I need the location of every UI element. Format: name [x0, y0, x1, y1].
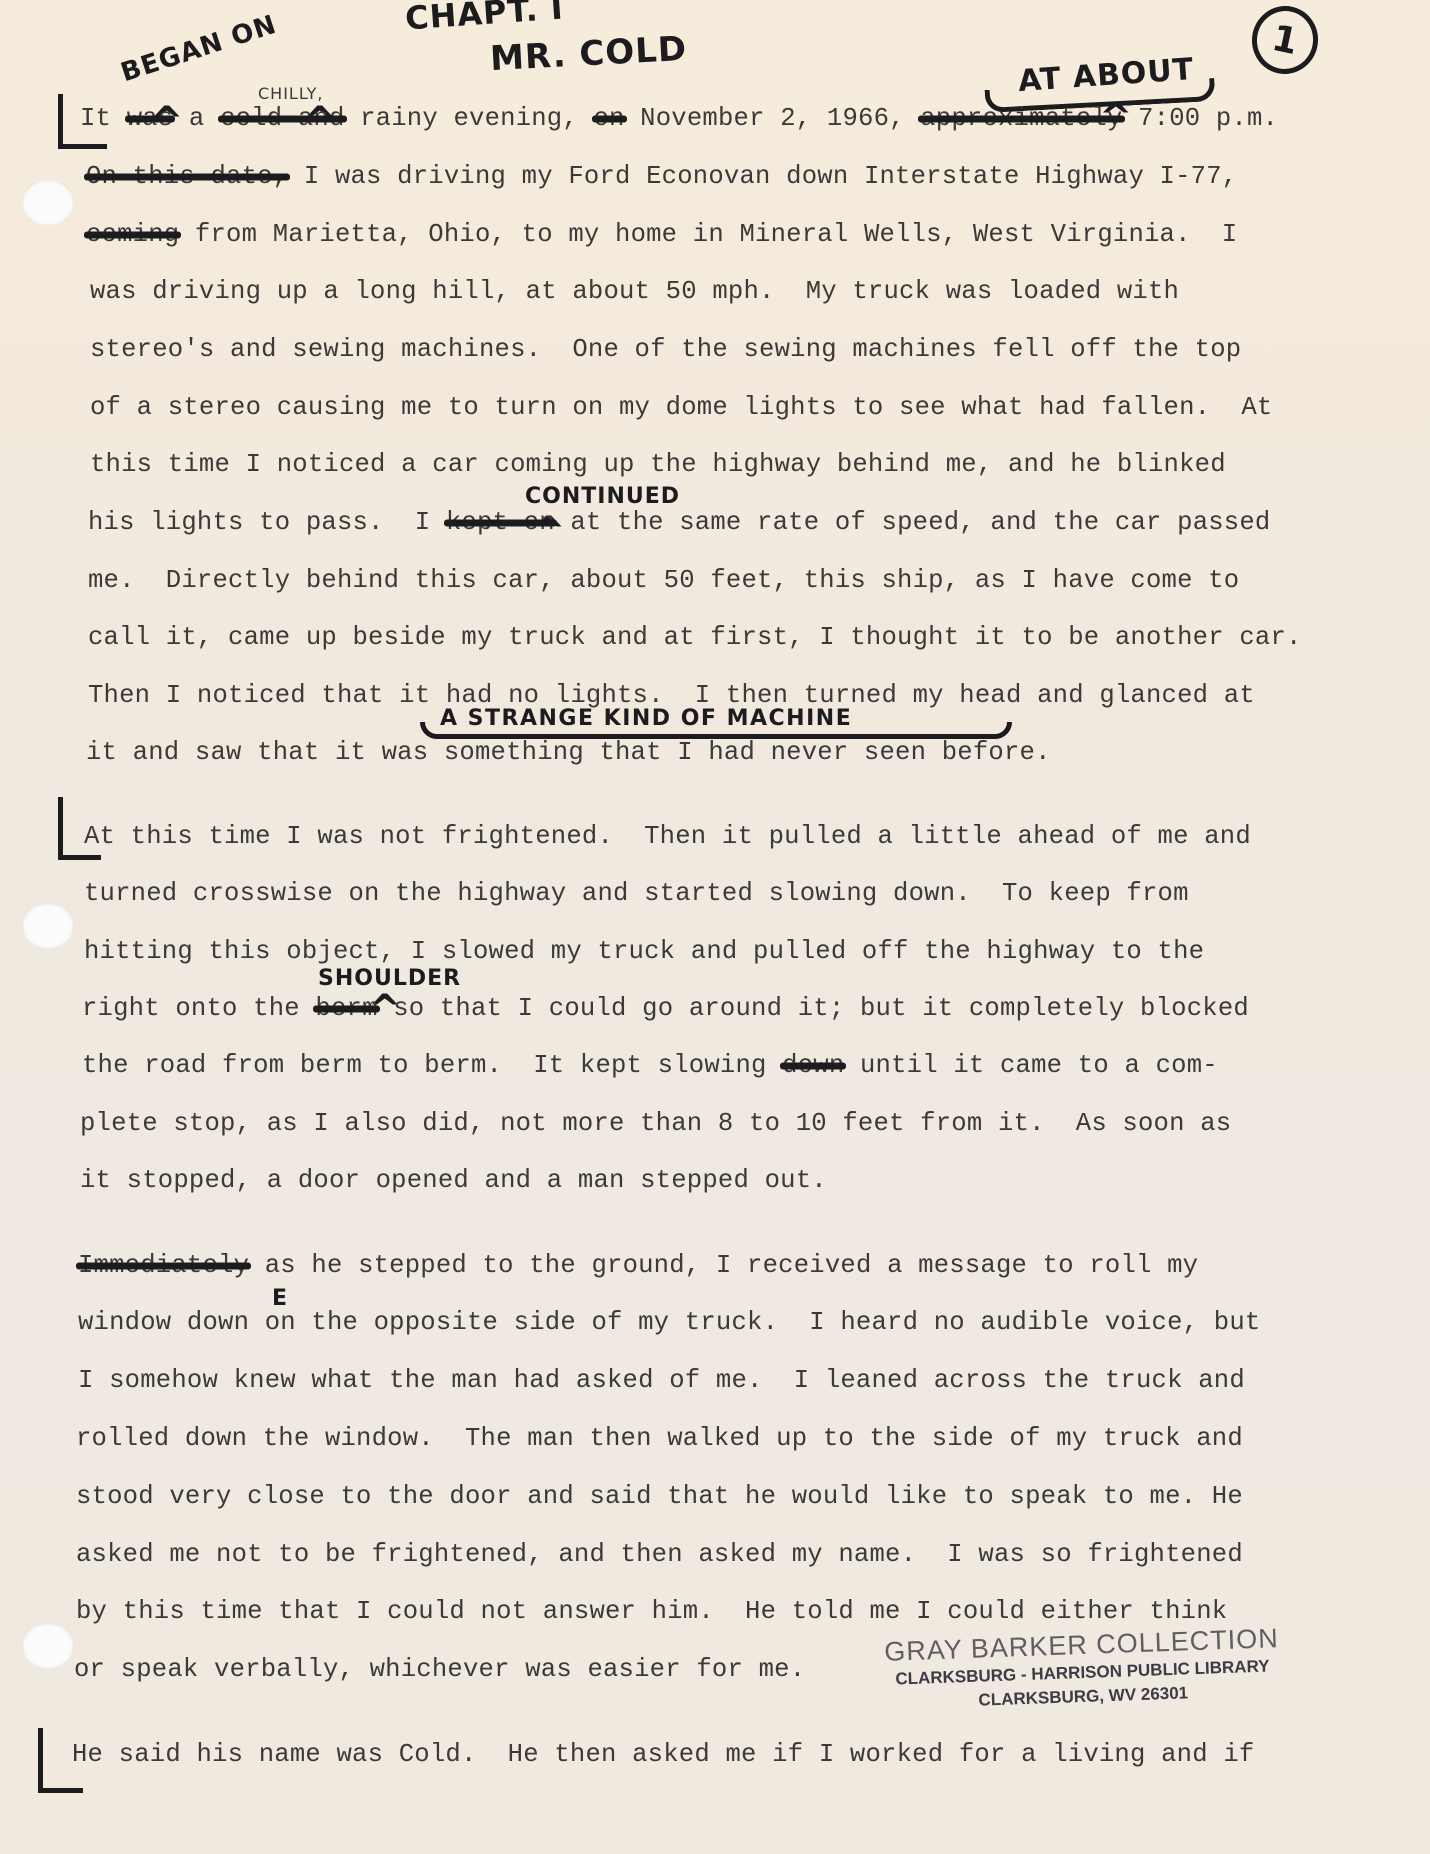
text-line: Immediately as he stepped to the ground,… [78, 1251, 1198, 1280]
text-line: I somehow knew what the man had asked of… [78, 1366, 1245, 1395]
text-line: window down on the opposite side of my t… [78, 1308, 1260, 1337]
struck-on: on [594, 104, 625, 133]
punch-hole-middle [22, 903, 74, 949]
strange-machine-brace [420, 722, 1012, 739]
text-line: right onto the berm so that I could go a… [82, 994, 1249, 1023]
text-line: call it, came up beside my truck and at … [88, 623, 1302, 652]
text-line: coming from Marietta, Ohio, to my home i… [86, 220, 1237, 249]
text-line: Then I noticed that it had no lights. I … [88, 681, 1255, 710]
struck-immediately: Immediately [78, 1251, 249, 1280]
text-line: On this date, I was driving my Ford Econ… [86, 162, 1237, 191]
text-line: this time I noticed a car coming up the … [90, 450, 1226, 479]
text-line: was driving up a long hill, at about 50 … [90, 277, 1179, 306]
text-line: At this time I was not frightened. Then … [84, 822, 1251, 851]
punch-hole-bottom [22, 1623, 74, 1669]
text-line: It was a cold and rainy evening, on Nove… [80, 104, 1278, 133]
insert-continued: CONTINUED [525, 484, 680, 509]
struck-on-this-date: On this date, [86, 162, 288, 191]
text-line: hitting this object, I slowed my truck a… [84, 937, 1204, 966]
text-line: stood very close to the door and said th… [76, 1482, 1243, 1511]
text-line: of a stereo causing me to turn on my dom… [90, 393, 1272, 422]
struck-cold-and: cold and [220, 104, 344, 133]
struck-coming: coming [86, 220, 179, 249]
text-line: it and saw that it was something that I … [86, 738, 1051, 767]
text-line: his lights to pass. I kept on at the sam… [88, 508, 1270, 537]
text-line: me. Directly behind this car, about 50 f… [88, 566, 1239, 595]
text-line: by this time that I could not answer him… [76, 1597, 1227, 1626]
text-line: turned crosswise on the highway and star… [84, 879, 1189, 908]
text-line: the road from berm to berm. It kept slow… [82, 1051, 1218, 1080]
text-line: plete stop, as I also did, not more than… [80, 1109, 1231, 1138]
text-line: asked me not to be frightened, and then … [76, 1540, 1243, 1569]
struck-was: was [127, 104, 174, 133]
text-line: rolled down the window. The man then wal… [76, 1424, 1243, 1453]
struck-down: down [782, 1051, 844, 1080]
page-number: 1 [1268, 17, 1301, 62]
struck-kept-on: kept on [446, 508, 555, 537]
text-line: He said his name was Cold. He then asked… [72, 1740, 1254, 1769]
punch-hole-top [22, 180, 74, 226]
struck-berm: berm [315, 994, 377, 1023]
text-line: or speak verbally, whichever was easier … [74, 1655, 805, 1684]
library-stamp: GRAY BARKER COLLECTION CLARKSBURG - HARR… [884, 1623, 1281, 1714]
struck-approximately: approximately [920, 104, 1122, 133]
text-line: stereo's and sewing machines. One of the… [90, 335, 1241, 364]
text-line: it stopped, a door opened and a man step… [80, 1166, 827, 1195]
